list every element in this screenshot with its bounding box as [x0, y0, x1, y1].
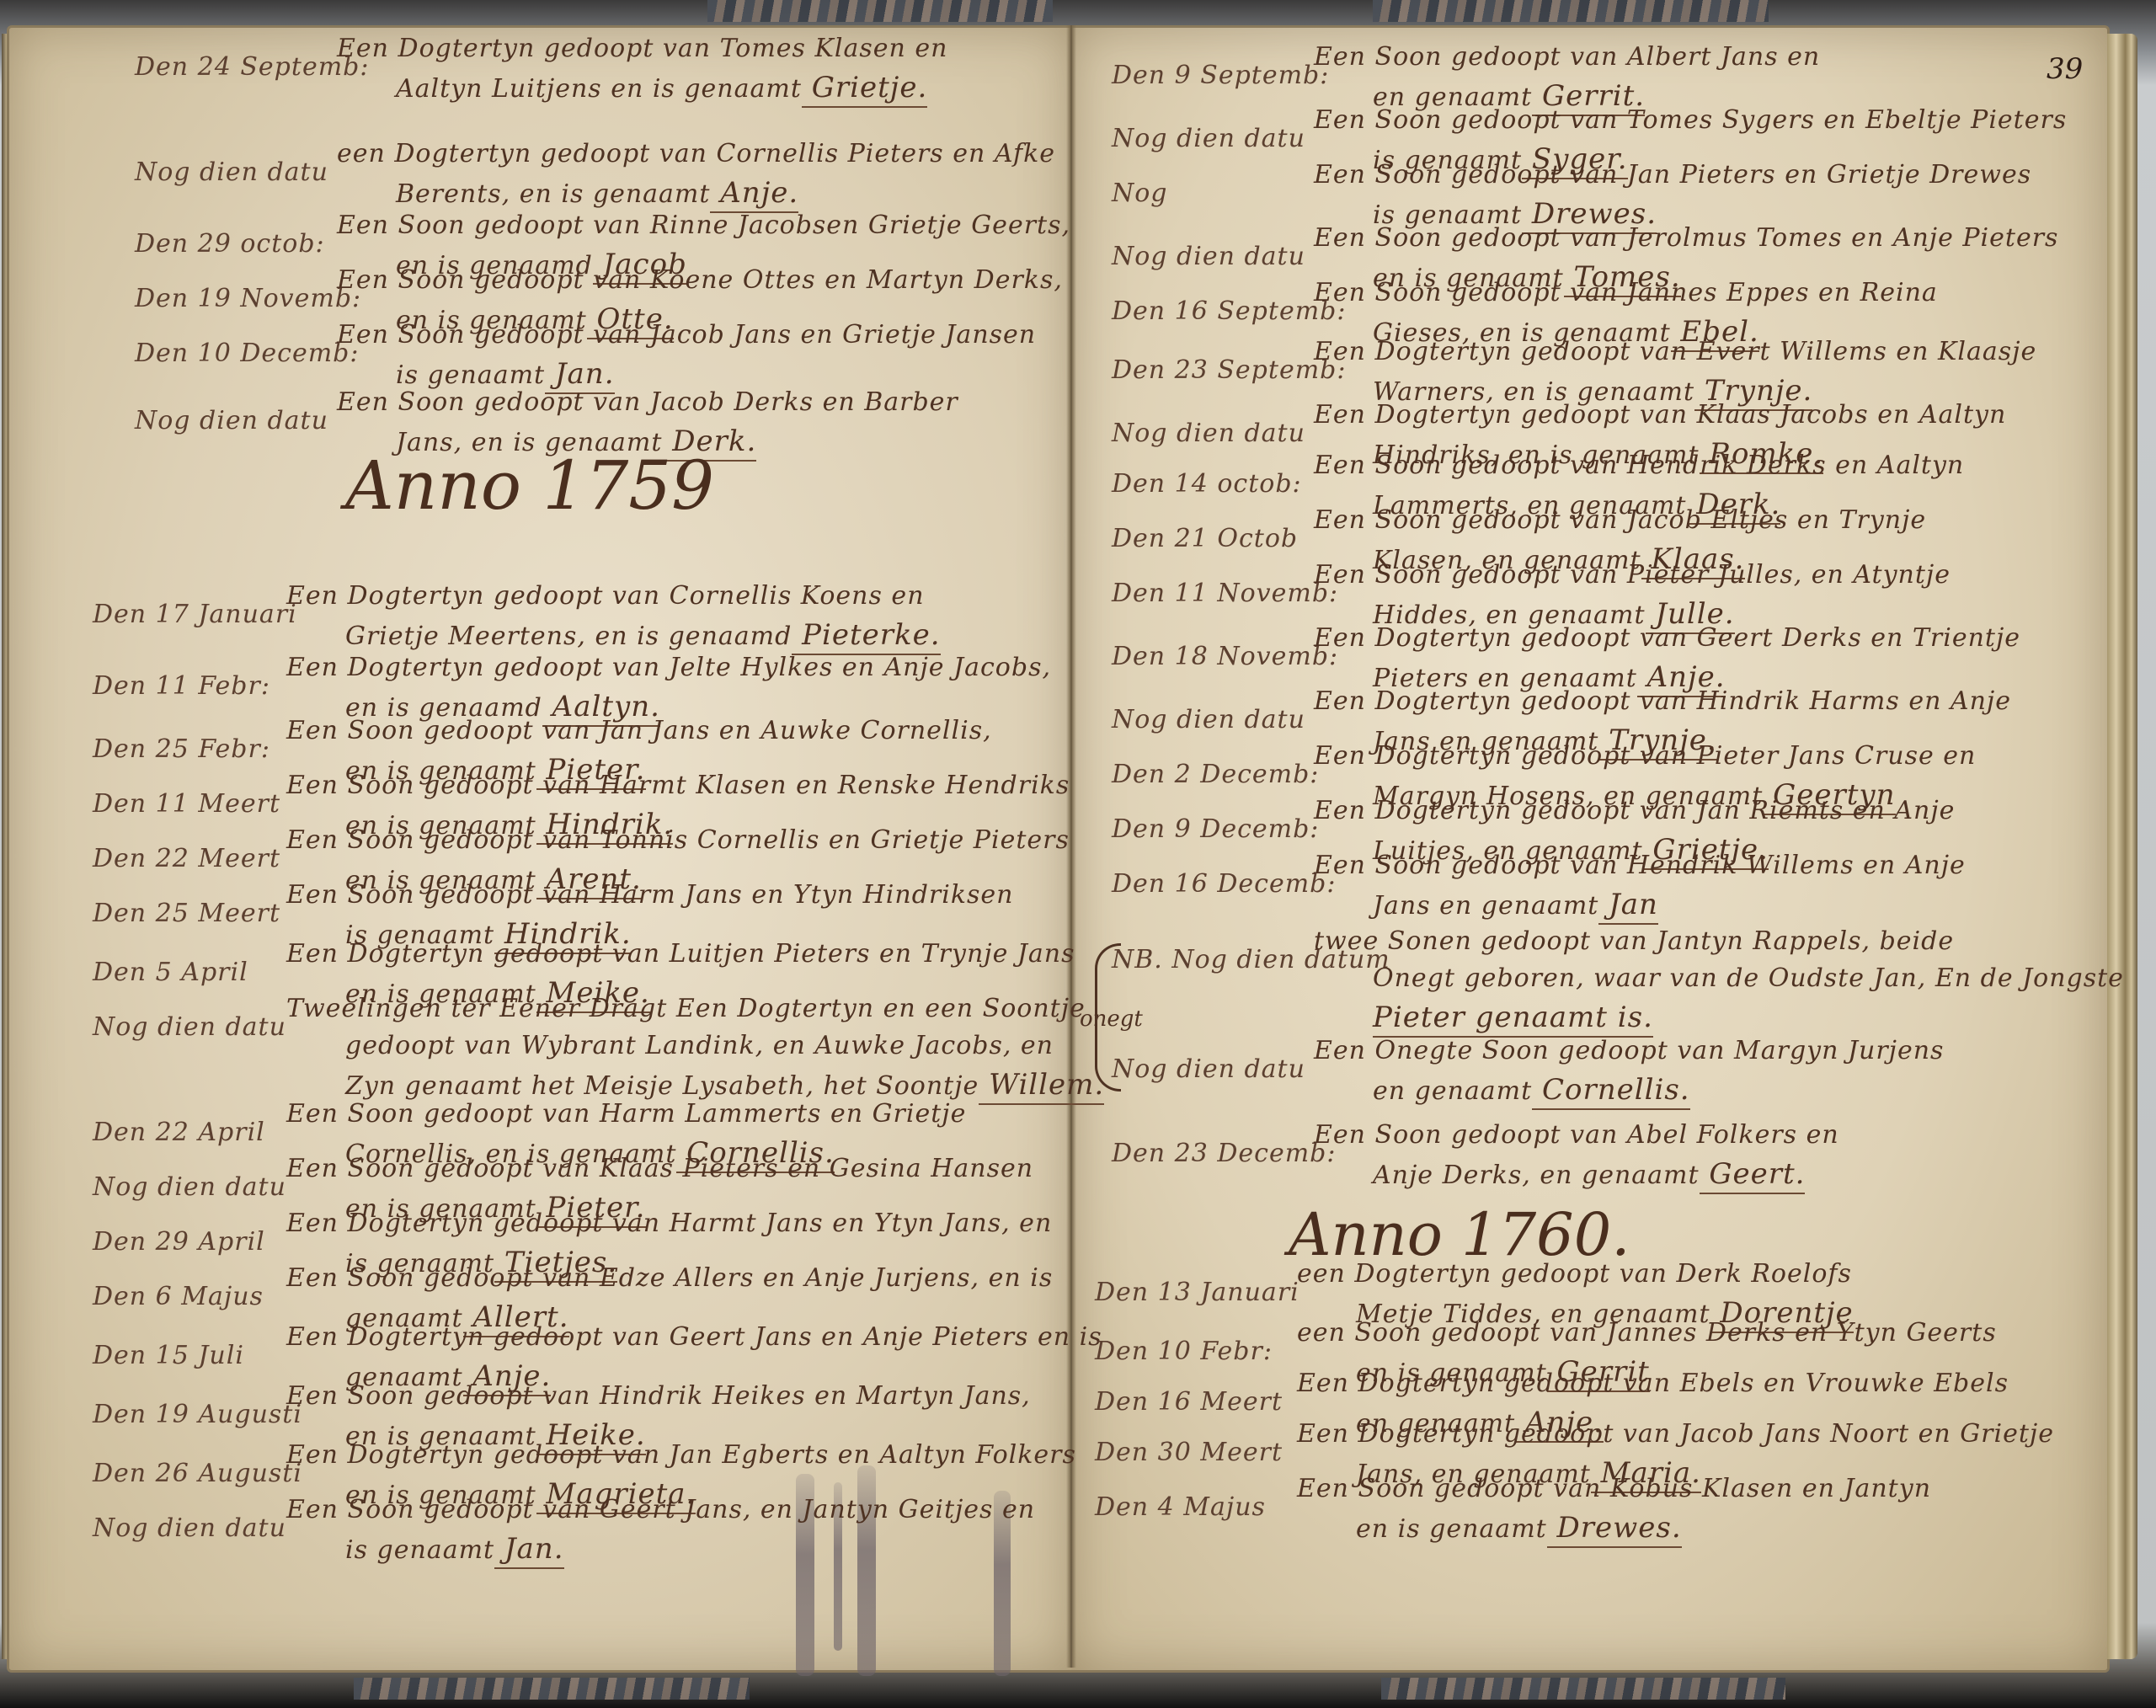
entry-date: Den 14 octob: [1112, 469, 1302, 499]
entry-text-line: Aaltyn Luitjens en is genaamt Grietje. [396, 71, 927, 104]
entry-date: Nog dien datu [1112, 419, 1305, 448]
entry-text-line: Een Soon gedoopt van Tomes Sygers en Ebe… [1314, 105, 2067, 135]
entry-text-line: Een Soon gedoopt van Hendrik Willems en … [1314, 851, 1966, 880]
entry-text-line: Een Dogtertyn gedoopt van Klaas Jacobs e… [1314, 400, 2006, 430]
entry-text-line: Een Soon gedoopt van Harmt Klasen en Ren… [286, 771, 1070, 800]
entry-date: Den 16 Septemb: [1112, 296, 1346, 326]
page-stack-right-edge [2107, 34, 2137, 1659]
entry-text-line: Een Dogtertyn gedoopt van Jacob Jans Noo… [1297, 1419, 2054, 1449]
entry-text-line: Een Soon gedoopt van Harm Jans en Ytyn H… [286, 880, 1014, 910]
entry-date: Den 22 April [93, 1118, 265, 1147]
entry-text-line: Een Soon gedoopt van Jan Jans en Auwke C… [286, 716, 992, 745]
entry-date: Den 26 Augusti [93, 1459, 302, 1488]
entry-text-line: Een Soon gedoopt van Hendrik Derks en Aa… [1314, 451, 1964, 480]
child-name: Cornellis. [1532, 1073, 1689, 1110]
entry-date: Den 18 Novemb: [1112, 642, 1338, 671]
entry-date: Den 29 octob: [135, 229, 325, 259]
entry-text-line: is genaamt Jan. [345, 1532, 564, 1566]
entry-date: Den 11 Meert [93, 789, 280, 819]
entry-text-line: Een Soon gedoopt van Pieter Julles, en A… [1314, 560, 1951, 590]
entry-text-line: Een Soon gedoopt van Koene Ottes en Mart… [337, 265, 1063, 295]
entry-text-line: Een Soon gedoopt van Jan Pieters en Grie… [1314, 160, 2031, 189]
entry-date: Den 2 Decemb: [1112, 760, 1319, 789]
entry-text-line: en genaamt Cornellis. [1373, 1073, 1690, 1107]
entry-date: Nog dien datu [1112, 242, 1305, 271]
entry-date: Den 13 Januari [1095, 1278, 1299, 1307]
entry-date: Nog dien datu [1112, 124, 1305, 153]
entry-text-line: gedoopt van Wybrant Landink, en Auwke Ja… [345, 1031, 1054, 1060]
entry-date: Den 10 Febr: [1095, 1337, 1273, 1366]
entry-text-line: Een Soon gedoopt van Jacob Eltjes en Try… [1314, 505, 1926, 535]
entry-date: Den 9 Decemb: [1112, 814, 1319, 844]
child-name: Grietje. [802, 71, 927, 108]
entry-text-line: Pieter genaamt is. [1373, 1001, 1653, 1034]
entry-date: Nog dien datu [135, 406, 328, 435]
entry-date: Den 25 Febr: [93, 734, 270, 764]
entry-date: Den 11 Febr: [93, 671, 270, 701]
entry-text-line: Een Soon gedoopt van Harm Lammerts en Gr… [286, 1099, 966, 1129]
entry-text-line: Een Dogtertyn gedoopt van Jelte Hylkes e… [286, 653, 1051, 682]
entry-date: Den 16 Decemb: [1112, 869, 1337, 899]
entry-date: Den 16 Meert [1095, 1387, 1283, 1417]
entry-date: Den 17 Januari [93, 600, 297, 629]
entry-date: Nog dien datu [93, 1513, 286, 1543]
entry-text-line: twee Sonen gedoopt van Jantyn Rappels, b… [1314, 926, 1954, 956]
entry-date: Den 11 Novemb: [1112, 579, 1338, 608]
entry-text-line: Een Onegte Soon gedoopt van Margyn Jurje… [1314, 1036, 1944, 1065]
entry-date: Nog dien datu [1112, 1054, 1305, 1084]
entry-text-line: Een Soon gedoopt van Rinne Jacobsen Grie… [337, 211, 1070, 240]
entry-date: Den 25 Meert [93, 899, 280, 928]
child-name: Jan [1598, 888, 1658, 925]
entry-text-line: Jans en genaamt Jan [1373, 888, 1658, 921]
entry-text-line: Een Dogtertyn gedoopt van Cornellis Koen… [286, 581, 925, 611]
entry-date: Den 5 April [93, 958, 248, 987]
entry-text-line: Een Soon gedoopt van Edze Allers en Anje… [286, 1263, 1053, 1293]
entry-text-line: Tweelingen ter Eener Dragt Een Dogtertyn… [286, 994, 1086, 1023]
entry-text-line: Een Soon gedoopt van Klaas Pieters en Ge… [286, 1154, 1033, 1183]
cover-binding-top-left [707, 0, 1053, 22]
entry-text-line: Een Dogtertyn gedoopt van Jan Egberts en… [286, 1440, 1076, 1470]
entry-text-line: Onegt geboren, waar van de Oudste Jan, E… [1373, 963, 2124, 993]
entry-text-line: Een Dogtertyn gedoopt van Geert Jans en … [286, 1322, 1102, 1352]
entry-text-line: Een Dogtertyn gedoopt van Jan Riemts en … [1314, 796, 1955, 825]
child-name: Anje. [710, 176, 798, 213]
entry-text-line: Grietje Meertens, en is genaamd Pieterke… [345, 618, 941, 652]
entry-date: Den 23 Septemb: [1112, 355, 1346, 385]
entry-text-line: en is genaamt Drewes. [1356, 1511, 1682, 1545]
cover-binding-top-right [1373, 0, 1769, 22]
entry-text-line: Een Soon gedoopt van Geert Jans, en Jant… [286, 1495, 1035, 1524]
entry-text-line: Een Soon gedoopt van Kobus Klasen en Jan… [1297, 1474, 1931, 1503]
cover-binding-bottom-left [354, 1678, 750, 1700]
margin-bracket [1095, 943, 1121, 1092]
entry-date: Den 22 Meert [93, 844, 280, 873]
entry-text-line: Een Soon gedoopt van Tonnis Cornellis en… [286, 825, 1070, 855]
entry-text-line: is genaamt Jan. [396, 357, 615, 391]
entry-text-line: Een Soon gedoopt van Jacob Derks en Barb… [337, 387, 958, 417]
page-number: 39 [2047, 52, 2083, 86]
entry-text-line: Een Soon gedoopt van Albert Jans en [1314, 42, 1820, 72]
entry-date: Nog dien datu [1112, 705, 1305, 734]
entry-text-line: Een Dogtertyn gedoopt van Evert Willems … [1314, 337, 2036, 366]
child-name: Pieterke. [792, 618, 940, 655]
entry-text-line: een Soon gedoopt van Jannes Derks en Yty… [1297, 1318, 1997, 1348]
entry-date: Den 19 Novemb: [135, 284, 361, 313]
entry-date: Den 29 April [93, 1227, 265, 1257]
entry-text-line: Een Dogtertyn gedoopt van Geert Derks en… [1314, 623, 2020, 653]
child-name: Geert. [1700, 1157, 1806, 1194]
child-name: Drewes. [1547, 1511, 1682, 1548]
entry-date: Den 23 Decemb: [1112, 1139, 1337, 1168]
entry-date: Den 4 Majus [1095, 1492, 1266, 1522]
entry-date: Nog dien datu [93, 1012, 286, 1042]
child-name: Jan. [494, 1532, 563, 1569]
year-heading-1759: Anno 1759 [345, 446, 714, 525]
entry-text-line: Een Dogtertyn gedoopt van Ebels en Vrouw… [1297, 1369, 2009, 1398]
entry-date: Den 30 Meert [1095, 1438, 1283, 1467]
entry-text-line: Een Soon gedoopt van Jacob Jans en Griet… [337, 320, 1036, 350]
entry-text-line: Berents, en is genaamt Anje. [396, 176, 798, 210]
year-heading-1760: Anno 1760. [1289, 1200, 1630, 1269]
entry-date: Den 9 Septemb: [1112, 61, 1329, 90]
entry-text-line: Een Soon gedoopt van Jannes Eppes en Rei… [1314, 278, 1938, 307]
entry-date: Den 15 Juli [93, 1341, 244, 1370]
entry-text-line: Zyn genaamt het Meisje Lysabeth, het Soo… [345, 1068, 1104, 1102]
entry-date: Nog dien datu [93, 1172, 286, 1202]
entry-text-line: een Dogtertyn gedoopt van Cornellis Piet… [337, 139, 1055, 168]
entry-text-line: Een Dogtertyn gedoopt van Tomes Klasen e… [337, 34, 947, 63]
entry-date: Den 10 Decemb: [135, 339, 360, 368]
cover-binding-bottom-right [1381, 1678, 1785, 1700]
entry-date: Nog dien datu [135, 157, 328, 187]
entry-text-line: Een Dogtertyn gedoopt van Harmt Jans en … [286, 1209, 1052, 1238]
child-name: Pieter genaamt is. [1373, 1001, 1653, 1038]
entry-text-line: Een Soon gedoopt van Jerolmus Tomes en A… [1314, 223, 2058, 253]
entry-text-line: Een Dogtertyn gedoopt van Hindrik Harms … [1314, 686, 2011, 716]
entry-date: Den 6 Majus [93, 1282, 264, 1311]
entry-text-line: Een Dogtertyn gedoopt van Pieter Jans Cr… [1314, 741, 1976, 771]
entry-date: Den 19 Augusti [93, 1400, 302, 1429]
entry-text-line: Anje Derks, en genaamt Geert. [1373, 1157, 1805, 1191]
entry-text-line: Een Dogtertyn gedoopt van Luitjen Pieter… [286, 939, 1075, 969]
entry-text-line: Een Soon gedoopt van Hindrik Heikes en M… [286, 1381, 1031, 1411]
entry-date: Den 24 Septemb: [135, 52, 369, 82]
entry-text-line: Een Soon gedoopt van Abel Folkers en [1314, 1120, 1839, 1150]
entry-date: Den 21 Octob [1112, 524, 1298, 553]
entry-date: Nog [1112, 179, 1168, 208]
child-name: Willem. [979, 1068, 1104, 1105]
